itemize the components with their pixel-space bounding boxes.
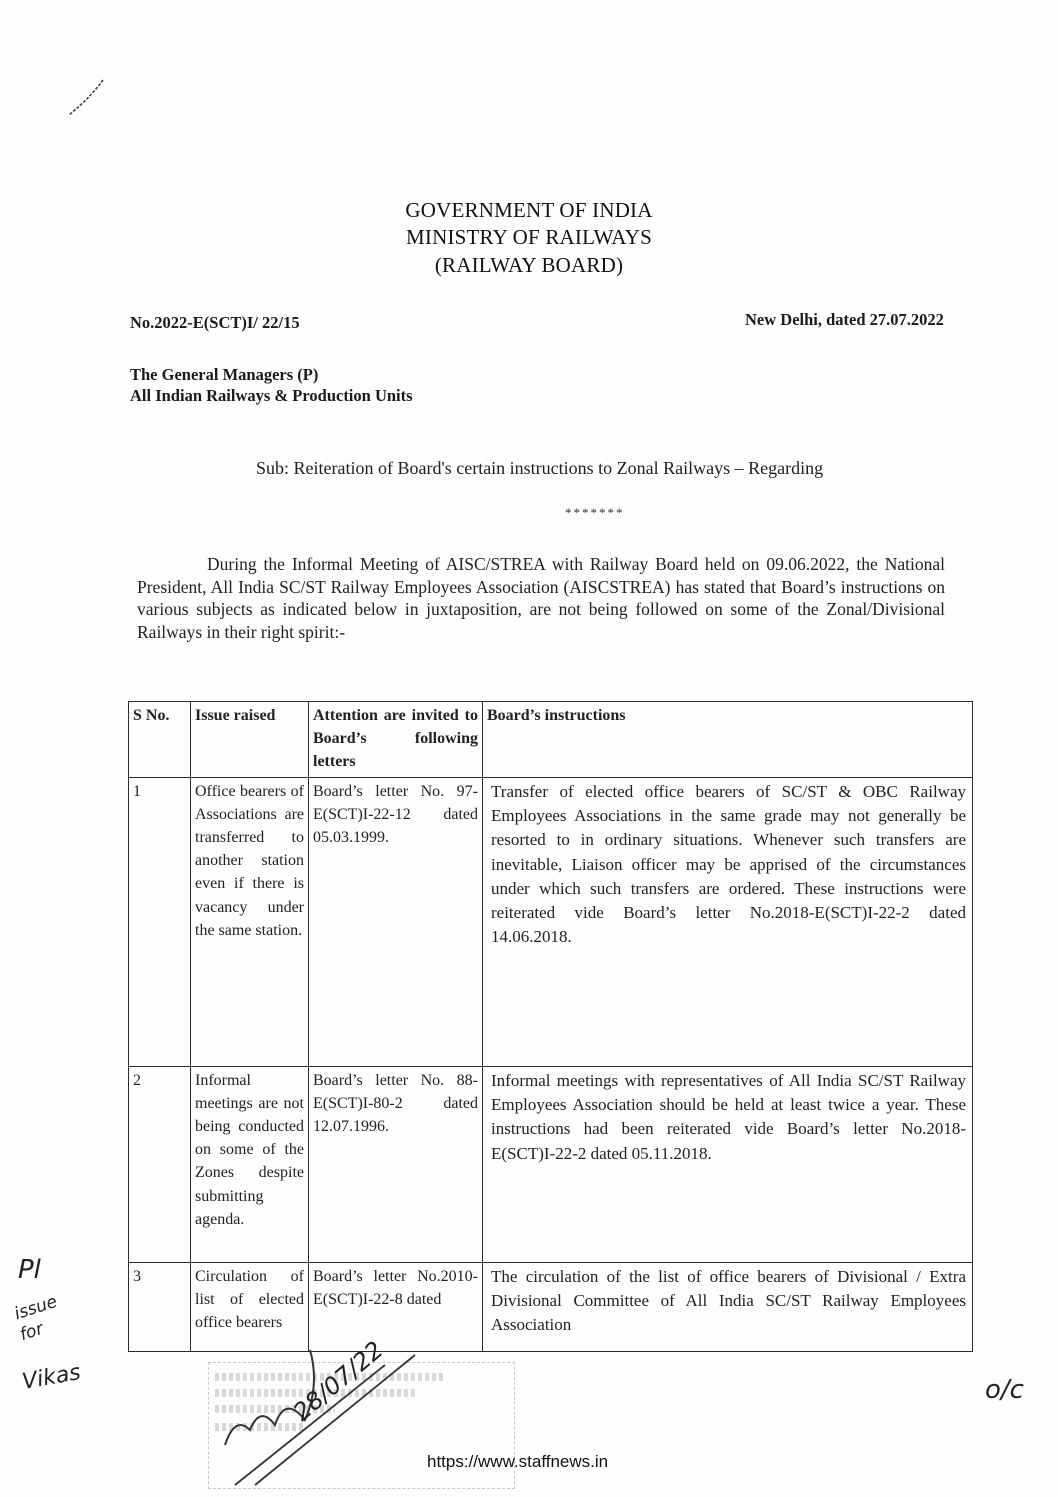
table-row: 3 Circulation of list of elected office … <box>129 1262 973 1351</box>
table-row: 1 Office bearers of Associations are tra… <box>129 777 973 1066</box>
row-letters: Board’s letter No. 88-E(SCT)I-80-2 dated… <box>309 1066 483 1262</box>
header-attention-letters: Attention are invited to Board’s followi… <box>309 702 483 778</box>
row-instructions: The circulation of the list of office be… <box>483 1262 973 1351</box>
pen-tick-mark <box>55 70 115 130</box>
row-letters: Board’s letter No. 97-E(SCT)I-22-12 date… <box>309 777 483 1066</box>
header-issue-raised: Issue raised <box>191 702 309 778</box>
subject-line: Sub: Reiteration of Board's certain inst… <box>256 458 823 479</box>
addressee-line-2: All Indian Railways & Production Units <box>130 385 413 406</box>
row-instructions: Informal meetings with representatives o… <box>483 1066 973 1262</box>
row-instructions: Transfer of elected office bearers of SC… <box>483 777 973 1066</box>
letter-number: No.2022-E(SCT)I/ 22/15 <box>130 313 300 333</box>
body-paragraph-text: During the Informal Meeting of AISC/STRE… <box>137 554 945 642</box>
continuation-mark: o/c <box>985 1375 1024 1405</box>
margin-note-line-1: Pl <box>18 1255 41 1285</box>
header-boards-instructions: Board’s instructions <box>483 702 973 778</box>
row-sno: 3 <box>129 1262 191 1351</box>
letterhead-ministry: MINISTRY OF RAILWAYS <box>0 224 1058 250</box>
watermark-url: https://www.staffnews.in <box>427 1452 608 1472</box>
addressee-line-1: The General Managers (P) <box>130 364 318 385</box>
instructions-table: S No. Issue raised Attention are invited… <box>128 701 973 1352</box>
row-issue: Informal meetings are not being conducte… <box>191 1066 309 1262</box>
header-sno: S No. <box>129 702 191 778</box>
letter-place-date: New Delhi, dated 27.07.2022 <box>745 310 944 330</box>
row-sno: 1 <box>129 777 191 1066</box>
table-row: 2 Informal meetings are not being conduc… <box>129 1066 973 1262</box>
letterhead-board: (RAILWAY BOARD) <box>0 252 1058 278</box>
margin-note-line-4: Vikas <box>20 1360 82 1395</box>
row-letters: Board’s letter No.2010-E(SCT)I-22-8 date… <box>309 1262 483 1351</box>
separator-stars: ******* <box>565 505 625 521</box>
row-sno: 2 <box>129 1066 191 1262</box>
body-paragraph: During the Informal Meeting of AISC/STRE… <box>137 553 945 643</box>
table-header-row: S No. Issue raised Attention are invited… <box>129 702 973 778</box>
letterhead-government: GOVERNMENT OF INDIA <box>0 197 1058 223</box>
row-issue: Circulation of list of elected office be… <box>191 1262 309 1351</box>
row-issue: Office bearers of Associations are trans… <box>191 777 309 1066</box>
